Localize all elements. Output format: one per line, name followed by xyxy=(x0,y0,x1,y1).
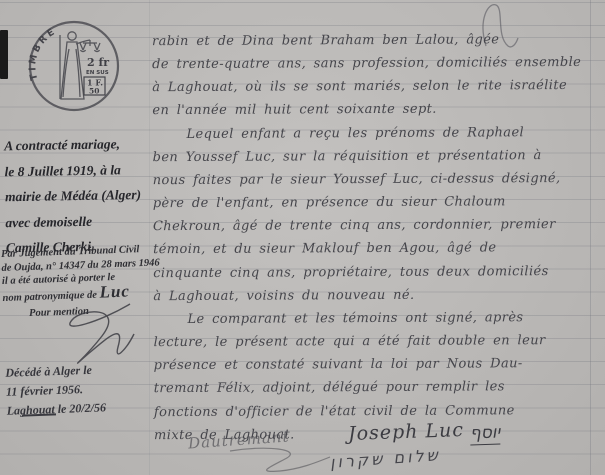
margin-note-death: Décédé à Alger le 11 février 1956. Lagho… xyxy=(5,358,167,421)
stamp-label-timbre: TIMBRE xyxy=(27,26,58,82)
witness-hebrew-signature: שלום שקרון xyxy=(329,445,441,472)
declarant-hebrew-signature: יוסף xyxy=(470,422,501,445)
note-line: A contracté mariage, xyxy=(4,131,154,159)
act-line: cinquante cinq ans, propriétaire, tous d… xyxy=(153,259,599,284)
act-line: de trente-quatre ans, sans profession, d… xyxy=(152,51,598,76)
act-line: tremant Félix, adjoint, délégué pour rem… xyxy=(154,375,600,400)
act-line: lecture, le présent acte qui a été fait … xyxy=(153,329,599,354)
declarant-signature: Joseph Luc xyxy=(348,419,465,445)
note-line: avec demoiselle xyxy=(5,207,155,235)
act-line: Le comparant et les témoins ont signé, a… xyxy=(153,306,599,331)
justice-stamp-icon: TIMBRE 2 fr EN SUS 1 F. 50 xyxy=(27,19,121,113)
act-line: nous faites par le sieur Youssef Luc, ci… xyxy=(153,167,599,192)
margin-note-marriage: A contracté mariage, le 8 Juillet 1919, … xyxy=(4,131,156,261)
note-line: mairie de Médéa (Alger) xyxy=(5,182,155,210)
revenue-stamp: TIMBRE 2 fr EN SUS 1 F. 50 xyxy=(27,19,121,113)
act-line: ben Youssef Luc, sur la réquisition et p… xyxy=(153,144,599,169)
act-line: présence et constaté suivant la loi par … xyxy=(154,352,600,377)
act-line: Chekroun, âgé de trente cinq ans, cordon… xyxy=(153,213,599,238)
scan-edge-mark xyxy=(0,30,8,79)
note-line: le 8 Juillet 1919, à la xyxy=(4,156,154,184)
act-line: à Laghouat, où ils se sont mariés, selon… xyxy=(152,74,598,99)
stamp-value-top: 2 fr xyxy=(87,56,109,69)
act-line: père de l'enfant, en présence du sieur C… xyxy=(153,190,599,215)
act-line: en l'année mil huit cent soixante sept. xyxy=(152,97,598,122)
act-line: Lequel enfant a reçu les prénoms de Raph… xyxy=(152,120,598,145)
stamp-value-box-2: 50 xyxy=(89,87,99,96)
stamp-value-top-sub: EN SUS xyxy=(86,70,109,76)
act-line: à Laghouat, voisins du nouveau né. xyxy=(153,283,599,308)
officiant-signature-flourish xyxy=(225,443,335,475)
svg-text:TIMBRE: TIMBRE xyxy=(27,26,58,82)
act-line: fonctions d'officier de l'état civil de … xyxy=(154,398,600,423)
act-body-text: rabin et de Dina bent Braham ben Lalou, … xyxy=(152,28,600,447)
act-line: témoin, et du sieur Maklouf ben Agou, âg… xyxy=(153,236,599,261)
act-line: rabin et de Dina bent Braham ben Lalou, … xyxy=(152,28,598,53)
